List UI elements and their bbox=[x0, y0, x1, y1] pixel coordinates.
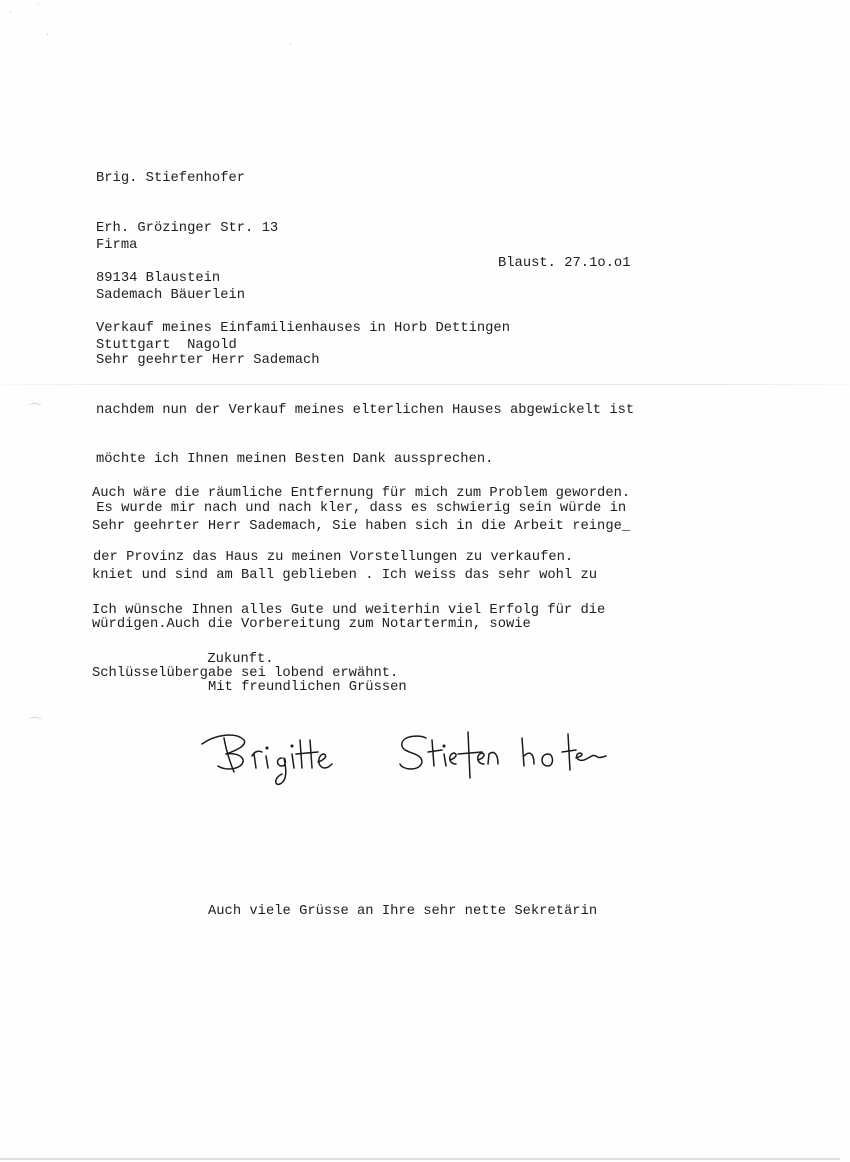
letter-subject: Verkauf meines Einfamilienhauses in Horb… bbox=[96, 321, 510, 338]
scan-speck bbox=[47, 34, 48, 35]
letter-date: Blaust. 27.1o.o1 bbox=[498, 256, 630, 273]
scan-speck bbox=[290, 44, 291, 45]
recipient-line-2: Sademach Bäuerlein bbox=[96, 288, 245, 305]
scan-speck bbox=[10, 12, 11, 13]
paragraph-line: Zukunft. bbox=[108, 652, 605, 668]
punch-hole-mark bbox=[28, 403, 42, 410]
paragraph-line: nachdem nun der Verkauf meines elterlich… bbox=[96, 403, 634, 419]
salutation: Sehr geehrter Herr Sademach bbox=[96, 353, 320, 370]
paragraph-line: Ich wünsche Ihnen alles Gute und weiterh… bbox=[92, 603, 605, 619]
recipient-line-1: Firma bbox=[96, 238, 245, 255]
letter-page: Brig. Stiefenhofer Erh. Grözinger Str. 1… bbox=[0, 0, 850, 1162]
closing: Mit freundlichen Grüssen bbox=[208, 680, 407, 697]
page-bottom-edge bbox=[0, 1158, 840, 1160]
sender-name: Brig. Stiefenhofer bbox=[96, 171, 278, 188]
punch-hole-mark bbox=[28, 717, 42, 724]
postscript: Auch viele Grüsse an Ihre sehr nette Sek… bbox=[208, 904, 597, 921]
paragraph-line: Sehr geehrter Herr Sademach, Sie haben s… bbox=[92, 519, 630, 535]
scan-speck bbox=[38, 3, 39, 4]
handwritten-signature-icon bbox=[196, 722, 626, 794]
